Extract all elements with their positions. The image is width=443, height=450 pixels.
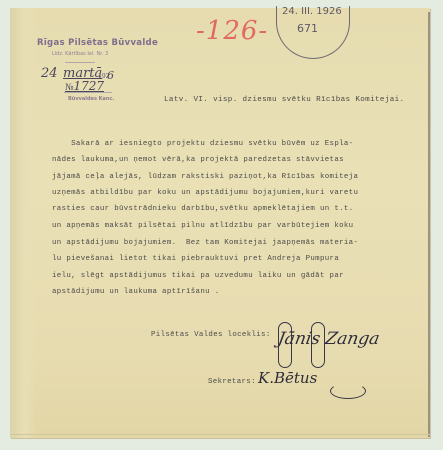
body-line: un apstādijumu bojajumiem. Bez tam Komit… [52, 239, 358, 247]
stamp-rule [64, 92, 112, 93]
pencil-note-date: 24. III. 1926 [282, 6, 342, 17]
body-line: rasties caur būvstrādnieku darbību,svētk… [52, 205, 353, 213]
registration-number: №1727 [65, 79, 104, 93]
registration-day: 24 [41, 66, 58, 81]
paper-binding-edge [10, 8, 36, 438]
body-line: nādes laukuma,un ņemot vērā,ka projektā … [52, 156, 344, 164]
pencil-note-number: 671 [297, 22, 318, 35]
member-signature: Jānis Zanga [276, 329, 381, 349]
secretary-signature: K.Bētus [258, 369, 317, 387]
signature-flourish [330, 383, 366, 399]
stamp-divider [65, 62, 95, 63]
body-line: Sakarā ar iesniegto projektu dziesmu svē… [52, 140, 353, 148]
body-line: lu pievešanai lietot tikai piebrauktuvi … [52, 255, 339, 263]
paper-bottom-fold [10, 434, 430, 435]
registration-year-suffix: 6 [107, 69, 114, 82]
paper-right-edge [428, 12, 430, 437]
addressee-line: Latv. VI. visp. dziesmu svētku Rīcības K… [164, 96, 404, 104]
body-line: un apņemās maksāt pilsētai pilnu atlīdzī… [52, 222, 353, 230]
secretary-signature-label: Sekretars: [208, 378, 256, 386]
body-line: ielu, slēgt apstādijumus tikai pa uzvedu… [52, 272, 344, 280]
archive-number: -126- [196, 16, 268, 46]
body-line: jājamā ceļa alejās, lūdzam rakstiski paz… [52, 173, 358, 181]
body-line: uzņemās atbildību par koku un apstādijum… [52, 189, 358, 197]
registration-number-value: 1727 [74, 79, 105, 93]
office-stamp-title: Rīgas Pilsētas Būvvalde [37, 38, 158, 48]
body-line: apstādijumu un laukuma aptīrīšanu . [52, 288, 219, 296]
office-stamp-subtitle: Līdz. Kārtības Iel. Nr. 3 [52, 51, 108, 57]
member-signature-label: Pilsētas Valdes loceklis: [151, 331, 271, 339]
office-stamp-footer: Būvvaldes Kanc. [68, 96, 114, 102]
